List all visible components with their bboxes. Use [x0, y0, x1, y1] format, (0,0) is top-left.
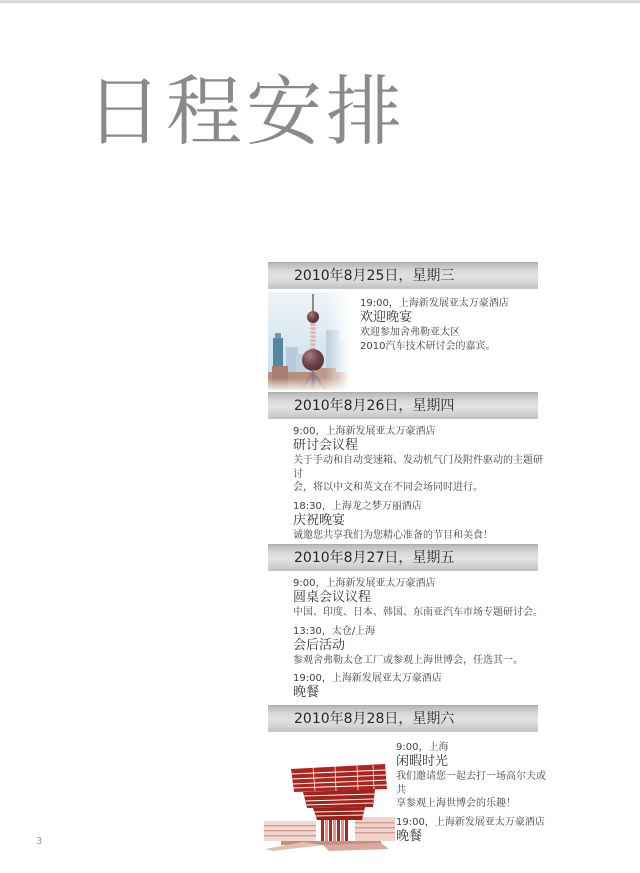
schedule-entry: 18:30，上海龙之梦万丽酒店 庆祝晚宴 诚邀您共享我们为您精心准备的节目和美食…	[293, 500, 538, 543]
page-title: 日程安排	[86, 64, 406, 159]
day-entries-aug25: 19:00，上海新发展亚太万豪酒店 欢迎晚宴 欢迎参加舍弗勒亚太区 2010汽车…	[360, 297, 538, 353]
entry-description: 参观舍弗勒太仓工厂或参观上海世博会，任选其一。	[293, 654, 543, 668]
entry-description: 欢迎参加舍弗勒亚太区 2010汽车技术研讨会的嘉宾。	[360, 326, 510, 353]
page-number: 3	[36, 836, 42, 847]
entry-description: 诚邀您共享我们为您精心准备的节目和美食！	[293, 529, 543, 543]
date-header-aug27: 2010年8月27日，星期五	[268, 544, 538, 571]
day-entries-aug26: 9:00，上海新发展亚太万豪酒店 研讨会议程 关于手动和自动变速箱、发动机气门及…	[268, 425, 538, 542]
schedule-entry: 9:00，上海新发展亚太万豪酒店 研讨会议程 关于手动和自动变速箱、发动机气门及…	[293, 425, 538, 495]
entry-title: 庆祝晚宴	[293, 513, 538, 529]
entry-title: 会后活动	[293, 638, 538, 654]
schedule-entry: 19:00，上海新发展亚太万豪酒店 晚餐	[396, 816, 538, 845]
entry-title: 圆桌会议议程	[293, 590, 538, 606]
entry-time-location: 19:00，上海新发展亚太万豪酒店	[396, 816, 538, 829]
china-pavilion-expo-photo	[263, 763, 396, 853]
schedule-entry: 19:00，上海新发展亚太万豪酒店 晚餐	[293, 672, 538, 701]
entry-title: 闲暇时光	[396, 754, 538, 770]
entry-time-location: 19:00，上海新发展亚太万豪酒店	[293, 672, 538, 685]
entry-title: 晚餐	[293, 685, 538, 701]
date-header-aug26: 2010年8月26日，星期四	[268, 392, 538, 419]
page-top-edge	[0, 0, 640, 3]
entry-description: 关于手动和自动变速箱、发动机气门及附件驱动的主题研讨 会，将以中文和英文在不同会…	[293, 454, 543, 495]
entry-description: 我们邀请您一起去打一场高尔夫或共 享参观上海世博会的乐趣！	[396, 770, 546, 811]
schedule-page: { "page": { "title": "日程安排", "page_numbe…	[0, 0, 640, 873]
entry-title: 晚餐	[396, 829, 538, 845]
entry-description: 中国、印度、日本、韩国、东南亚汽车市场专题研讨会。	[293, 606, 543, 620]
schedule-entry: 9:00，上海新发展亚太万豪酒店 圆桌会议议程 中国、印度、日本、韩国、东南亚汽…	[293, 577, 538, 620]
day-block-aug26: 2010年8月26日，星期四 9:00，上海新发展亚太万豪酒店 研讨会议程 关于…	[268, 392, 538, 547]
date-header-aug28: 2010年8月28日，星期六	[268, 705, 538, 732]
day-block-aug27: 2010年8月27日，星期五 9:00，上海新发展亚太万豪酒店 圆桌会议议程 中…	[268, 544, 538, 706]
entry-time-location: 9:00，上海新发展亚太万豪酒店	[293, 577, 538, 590]
entry-title: 欢迎晚宴	[360, 310, 538, 326]
entry-time-location: 13:30，太仓/上海	[293, 625, 538, 638]
entry-time-location: 18:30，上海龙之梦万丽酒店	[293, 500, 538, 513]
day-block-aug28: 2010年8月28日，星期六	[268, 705, 538, 850]
entry-time-location: 9:00，上海	[396, 741, 538, 754]
day-block-aug25: 2010年8月25日，星期三	[268, 262, 538, 358]
day-entries-aug28: 9:00，上海 闲暇时光 我们邀请您一起去打一场高尔夫或共 享参观上海世博会的乐…	[396, 741, 538, 845]
schedule-entry: 9:00，上海 闲暇时光 我们邀请您一起去打一场高尔夫或共 享参观上海世博会的乐…	[396, 741, 538, 811]
day-entries-aug27: 9:00，上海新发展亚太万豪酒店 圆桌会议议程 中国、印度、日本、韩国、东南亚汽…	[268, 577, 538, 701]
date-header-aug25: 2010年8月25日，星期三	[268, 262, 538, 289]
entry-time-location: 19:00，上海新发展亚太万豪酒店	[360, 297, 538, 310]
entry-time-location: 9:00，上海新发展亚太万豪酒店	[293, 425, 538, 438]
oriental-pearl-tower-photo	[268, 292, 350, 390]
schedule-entry: 13:30，太仓/上海 会后活动 参观舍弗勒太仓工厂或参观上海世博会，任选其一。	[293, 625, 538, 668]
entry-title: 研讨会议程	[293, 438, 538, 454]
schedule-entry: 19:00，上海新发展亚太万豪酒店 欢迎晚宴 欢迎参加舍弗勒亚太区 2010汽车…	[360, 297, 538, 353]
